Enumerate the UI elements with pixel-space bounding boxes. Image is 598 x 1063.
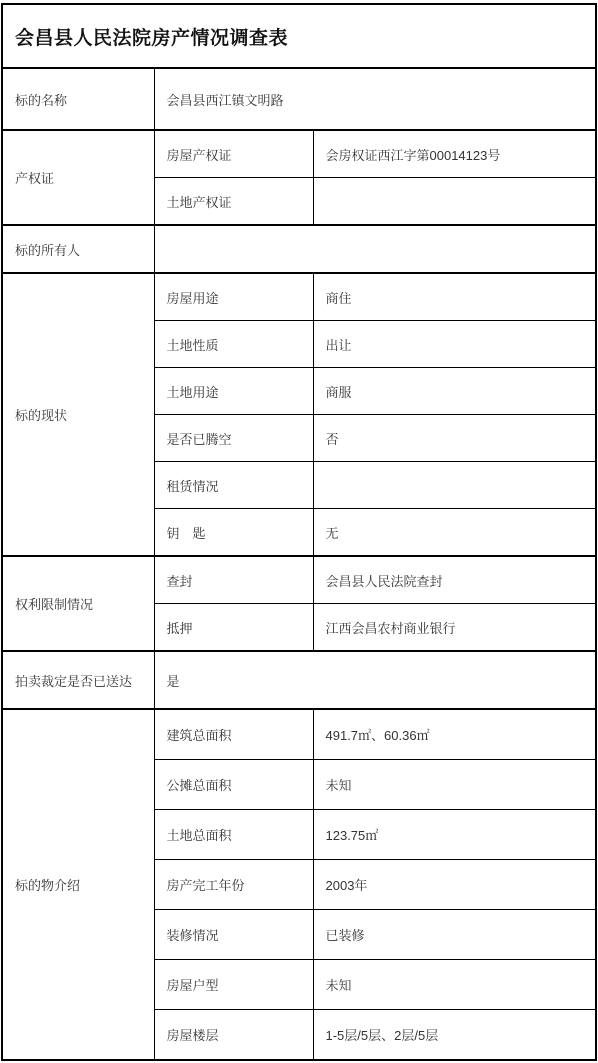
value-auction-ruling: 是 [154, 651, 596, 709]
value-decoration: 已装修 [313, 910, 596, 960]
value-owner [154, 225, 596, 273]
value-house-use: 商住 [313, 273, 596, 321]
label-keys: 钥 匙 [154, 509, 313, 557]
label-lease: 租赁情况 [154, 462, 313, 509]
label-house-cert: 房屋产权证 [154, 130, 313, 178]
value-land-cert [313, 178, 596, 226]
label-intro: 标的物介绍 [2, 709, 154, 1060]
label-owner: 标的所有人 [2, 225, 154, 273]
label-land-area: 土地总面积 [154, 810, 313, 860]
label-property-cert: 产权证 [2, 130, 154, 225]
property-survey-table: 会昌县人民法院房产情况调查表 标的名称 会昌县西江镇文明路 产权证 房屋产权证 … [1, 3, 597, 1061]
label-shared-area: 公摊总面积 [154, 760, 313, 810]
label-mortgage: 抵押 [154, 604, 313, 652]
value-land-use: 商服 [313, 368, 596, 415]
value-house-layout: 未知 [313, 960, 596, 1010]
value-subject-name: 会昌县西江镇文明路 [154, 68, 596, 130]
label-status: 标的现状 [2, 273, 154, 556]
label-house-floor: 房屋楼层 [154, 1010, 313, 1061]
value-land-nature: 出让 [313, 321, 596, 368]
value-building-area: 491.7㎡、60.36㎡ [313, 709, 596, 760]
label-house-use: 房屋用途 [154, 273, 313, 321]
value-seizure: 会昌县人民法院查封 [313, 556, 596, 604]
label-rights-restriction: 权利限制情况 [2, 556, 154, 651]
label-seizure: 查封 [154, 556, 313, 604]
label-subject-name: 标的名称 [2, 68, 154, 130]
label-decoration: 装修情况 [154, 910, 313, 960]
value-vacated: 否 [313, 415, 596, 462]
value-shared-area: 未知 [313, 760, 596, 810]
value-completion-year: 2003年 [313, 860, 596, 910]
label-vacated: 是否已腾空 [154, 415, 313, 462]
value-lease [313, 462, 596, 509]
value-house-floor: 1-5层/5层、2层/5层 [313, 1010, 596, 1061]
page-title: 会昌县人民法院房产情况调查表 [2, 4, 596, 68]
value-land-area: 123.75㎡ [313, 810, 596, 860]
label-building-area: 建筑总面积 [154, 709, 313, 760]
label-auction-ruling: 拍卖裁定是否已送达 [2, 651, 154, 709]
value-mortgage: 江西会昌农村商业银行 [313, 604, 596, 652]
label-completion-year: 房产完工年份 [154, 860, 313, 910]
label-land-cert: 土地产权证 [154, 178, 313, 226]
label-house-layout: 房屋户型 [154, 960, 313, 1010]
label-land-nature: 土地性质 [154, 321, 313, 368]
value-keys: 无 [313, 509, 596, 557]
value-house-cert: 会房权证西江字第00014123号 [313, 130, 596, 178]
label-land-use: 土地用途 [154, 368, 313, 415]
